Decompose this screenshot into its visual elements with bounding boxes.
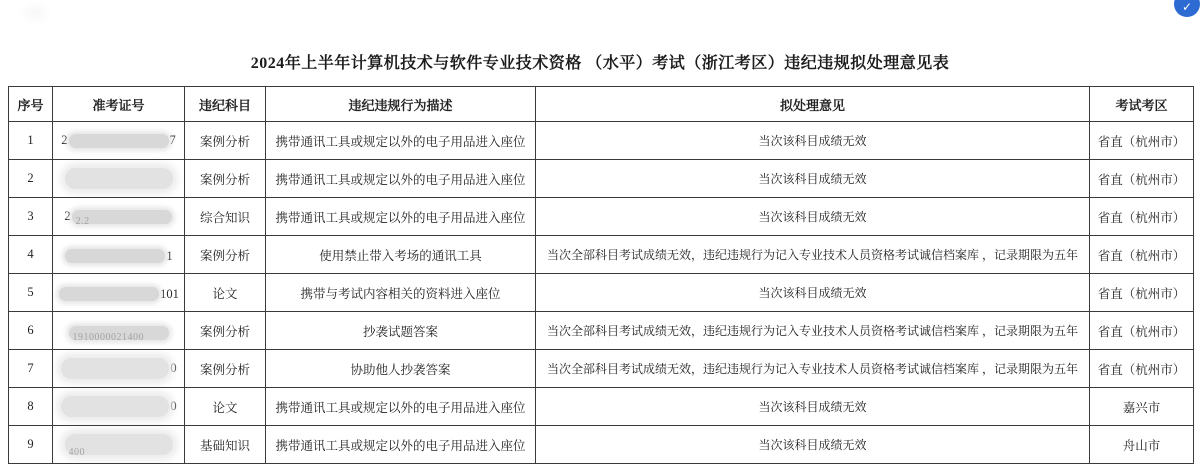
district-cell: 舟山市 (1090, 426, 1194, 464)
header-behavior: 违纪违规行为描述 (266, 87, 536, 122)
row-no: 4 (9, 236, 53, 274)
header-subject: 违纪科目 (185, 87, 266, 122)
header-no: 序号 (9, 87, 53, 122)
ticket-fragment: 101 (160, 287, 179, 302)
behavior-cell: 抄袭试题答案 (266, 312, 536, 350)
opinion-cell: 当次该科目成绩无效 (536, 388, 1090, 426)
opinion-cell: 当次该科目成绩无效 (536, 160, 1090, 198)
badge-glyph: ✓ (1182, 0, 1192, 20)
row-no: 7 (9, 350, 53, 388)
opinion-cell: 当次该科目成绩无效 (536, 122, 1090, 160)
row-no: 3 (9, 198, 53, 236)
behavior-cell: 使用禁止带入考场的通讯工具 (266, 236, 536, 274)
ticket-cell: 0 (53, 388, 185, 426)
ticket-fragment: 1 (166, 249, 172, 264)
table-row: 1 2 7 案例分析 携带通讯工具或规定以外的电子用品进入座位 当次该科目成绩无… (9, 122, 1194, 160)
ticket-fragment: 0 (170, 361, 176, 376)
row-no: 8 (9, 388, 53, 426)
behavior-cell: 携带通讯工具或规定以外的电子用品进入座位 (266, 198, 536, 236)
district-cell: 省直（杭州市） (1090, 312, 1194, 350)
ticket-fragment: 2 (64, 209, 70, 224)
behavior-cell: 携带通讯工具或规定以外的电子用品进入座位 (266, 388, 536, 426)
district-cell: 省直（杭州市） (1090, 350, 1194, 388)
redaction-smudge (69, 134, 169, 148)
redaction-smudge: 1910000021400 (69, 326, 169, 340)
header-opinion: 拟处理意见 (536, 87, 1090, 122)
behavior-cell: 携带通讯工具或规定以外的电子用品进入座位 (266, 426, 536, 464)
opinion-cell: 当次该科目成绩无效 (536, 198, 1090, 236)
district-cell: 省直（杭州市） (1090, 236, 1194, 274)
table-row: 6 1910000021400 案例分析 抄袭试题答案 当次全部科目考试成绩无效… (9, 312, 1194, 350)
redaction-smudge: 2.2 (72, 210, 172, 224)
redaction-smudge (61, 396, 169, 417)
violation-table: 序号 准考证号 违纪科目 违纪违规行为描述 拟处理意见 考试考区 1 2 7 案… (8, 86, 1194, 464)
table-row: 7 0 案例分析 协助他人抄袭答案 当次全部科目考试成绩无效，违纪违规行为记入专… (9, 350, 1194, 388)
district-cell: 省直（杭州市） (1090, 198, 1194, 236)
ticket-cell: 2 7 (53, 122, 185, 160)
district-cell: 嘉兴市 (1090, 388, 1194, 426)
subject-cell: 案例分析 (185, 160, 266, 198)
ticket-fragment: 7 (170, 133, 176, 148)
subject-cell: 案例分析 (185, 236, 266, 274)
redaction-smudge (65, 249, 165, 263)
table-row: 4 1 案例分析 使用禁止带入考场的通讯工具 当次全部科目考试成绩无效，违纪违规… (9, 236, 1194, 274)
ticket-cell: 2 2.2 (53, 198, 185, 236)
row-no: 2 (9, 160, 53, 198)
ticket-cell: 0 (53, 350, 185, 388)
ticket-fragment: 0 (170, 399, 176, 414)
document-page: ✓ 2024年上半年计算机技术与软件专业技术资格 （水平）考试（浙江考区）违纪违… (0, 0, 1200, 472)
faint-smudge (18, 0, 52, 26)
row-no: 1 (9, 122, 53, 160)
subject-cell: 案例分析 (185, 122, 266, 160)
subject-cell: 案例分析 (185, 350, 266, 388)
subject-cell: 论文 (185, 274, 266, 312)
opinion-cell: 当次全部科目考试成绩无效，违纪违规行为记入专业技术人员资格考试诚信档案库 ，记录… (536, 312, 1090, 350)
redaction-smudge: 400 (65, 434, 173, 455)
subject-cell: 综合知识 (185, 198, 266, 236)
subject-cell: 案例分析 (185, 312, 266, 350)
table-row: 8 0 论文 携带通讯工具或规定以外的电子用品进入座位 当次该科目成绩无效 嘉兴… (9, 388, 1194, 426)
behavior-cell: 协助他人抄袭答案 (266, 350, 536, 388)
ticket-cell: 1910000021400 (53, 312, 185, 350)
behavior-cell: 携带与考试内容相关的资料进入座位 (266, 274, 536, 312)
table-row: 3 2 2.2 综合知识 携带通讯工具或规定以外的电子用品进入座位 当次该科目成… (9, 198, 1194, 236)
table-row: 5 101 论文 携带与考试内容相关的资料进入座位 当次该科目成绩无效 省直（杭… (9, 274, 1194, 312)
ticket-fragment: 2 (61, 133, 67, 148)
redaction-smudge (65, 168, 173, 189)
subject-cell: 基础知识 (185, 426, 266, 464)
redaction-smudge (59, 287, 159, 301)
floating-badge-icon[interactable]: ✓ (1174, 0, 1200, 17)
district-cell: 省直（杭州市） (1090, 160, 1194, 198)
opinion-cell: 当次全部科目考试成绩无效，违纪违规行为记入专业技术人员资格考试诚信档案库 ，记录… (536, 236, 1090, 274)
page-title: 2024年上半年计算机技术与软件专业技术资格 （水平）考试（浙江考区）违纪违规拟… (0, 50, 1200, 73)
opinion-cell: 当次该科目成绩无效 (536, 274, 1090, 312)
ticket-cell: 101 (53, 274, 185, 312)
subject-cell: 论文 (185, 388, 266, 426)
behavior-cell: 携带通讯工具或规定以外的电子用品进入座位 (266, 160, 536, 198)
ticket-cell: 400 (53, 426, 185, 464)
opinion-cell: 当次该科目成绩无效 (536, 426, 1090, 464)
row-no: 5 (9, 274, 53, 312)
header-ticket: 准考证号 (53, 87, 185, 122)
district-cell: 省直（杭州市） (1090, 122, 1194, 160)
row-no: 9 (9, 426, 53, 464)
ticket-cell (53, 160, 185, 198)
table-header-row: 序号 准考证号 违纪科目 违纪违规行为描述 拟处理意见 考试考区 (9, 87, 1194, 122)
row-no: 6 (9, 312, 53, 350)
behavior-cell: 携带通讯工具或规定以外的电子用品进入座位 (266, 122, 536, 160)
table-row: 2 案例分析 携带通讯工具或规定以外的电子用品进入座位 当次该科目成绩无效 省直… (9, 160, 1194, 198)
table-row: 9 400 基础知识 携带通讯工具或规定以外的电子用品进入座位 当次该科目成绩无… (9, 426, 1194, 464)
redaction-smudge (61, 358, 169, 379)
district-cell: 省直（杭州市） (1090, 274, 1194, 312)
ticket-cell: 1 (53, 236, 185, 274)
header-district: 考试考区 (1090, 87, 1194, 122)
opinion-cell: 当次全部科目考试成绩无效，违纪违规行为记入专业技术人员资格考试诚信档案库 ，记录… (536, 350, 1090, 388)
